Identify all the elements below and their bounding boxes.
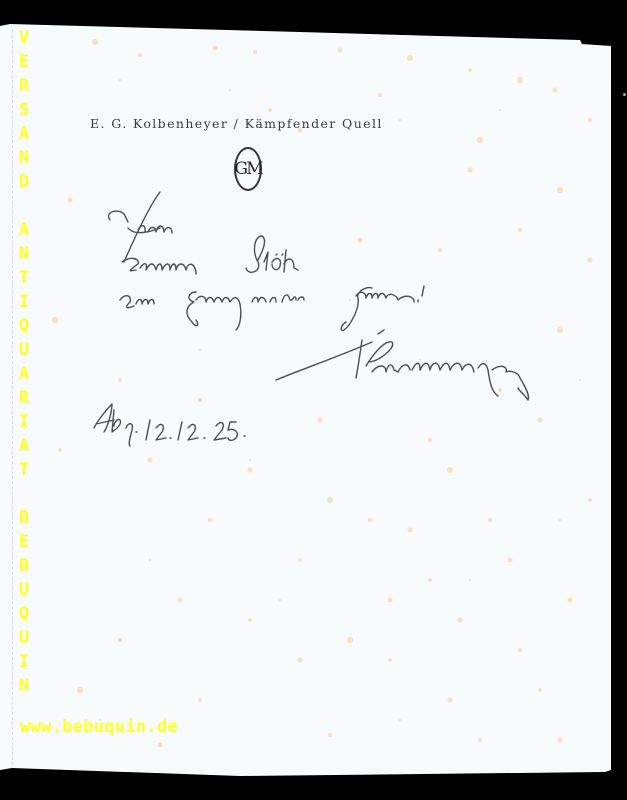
- wm-letter: N: [19, 146, 29, 170]
- wm-letter: R: [19, 386, 29, 410]
- watermark-vertical: V E R S A N D A N T I Q U A R I A T B E …: [17, 26, 31, 698]
- wm-letter: B: [19, 554, 29, 578]
- date-text: Abg. 12. 12. 25.: [94, 412, 271, 437]
- inscription-line-3: zur Erinnerung an die Heimat!: [120, 288, 464, 313]
- wm-letter: T: [19, 458, 29, 482]
- wm-letter: D: [19, 170, 29, 194]
- wm-letter: E: [19, 50, 29, 74]
- book-page: E. G. Kolbenheyer / Kämpfender Quell GM: [0, 0, 627, 800]
- wm-letter: A: [19, 218, 29, 242]
- wm-letter: B: [19, 506, 29, 530]
- handwritten-inscription: [0, 0, 627, 800]
- wm-letter: S: [19, 98, 29, 122]
- wm-letter: Q: [19, 314, 29, 338]
- wm-letter: R: [19, 74, 29, 98]
- wm-letter: A: [19, 122, 29, 146]
- inscription-line-1: Frau: [110, 206, 163, 231]
- wm-letter: V: [19, 26, 29, 50]
- inscription-line-2: Hermine Stöhr: [122, 250, 289, 275]
- wm-letter: U: [19, 626, 29, 650]
- wm-letter: Q: [19, 602, 29, 626]
- wm-letter: I: [19, 650, 29, 674]
- scan-dust: [623, 93, 626, 96]
- wm-letter: U: [19, 578, 29, 602]
- wm-letter: I: [19, 410, 29, 434]
- wm-letter: U: [19, 338, 29, 362]
- wm-letter: N: [19, 242, 29, 266]
- wm-letter: E: [19, 530, 29, 554]
- wm-letter: N: [19, 674, 29, 698]
- wm-letter: A: [19, 434, 29, 458]
- watermark-url: www.bebuquin.de: [20, 717, 178, 737]
- wm-letter: I: [19, 290, 29, 314]
- wm-letter: A: [19, 362, 29, 386]
- wm-letter: T: [19, 266, 29, 290]
- signature-text: Kolbenheyer: [356, 352, 522, 382]
